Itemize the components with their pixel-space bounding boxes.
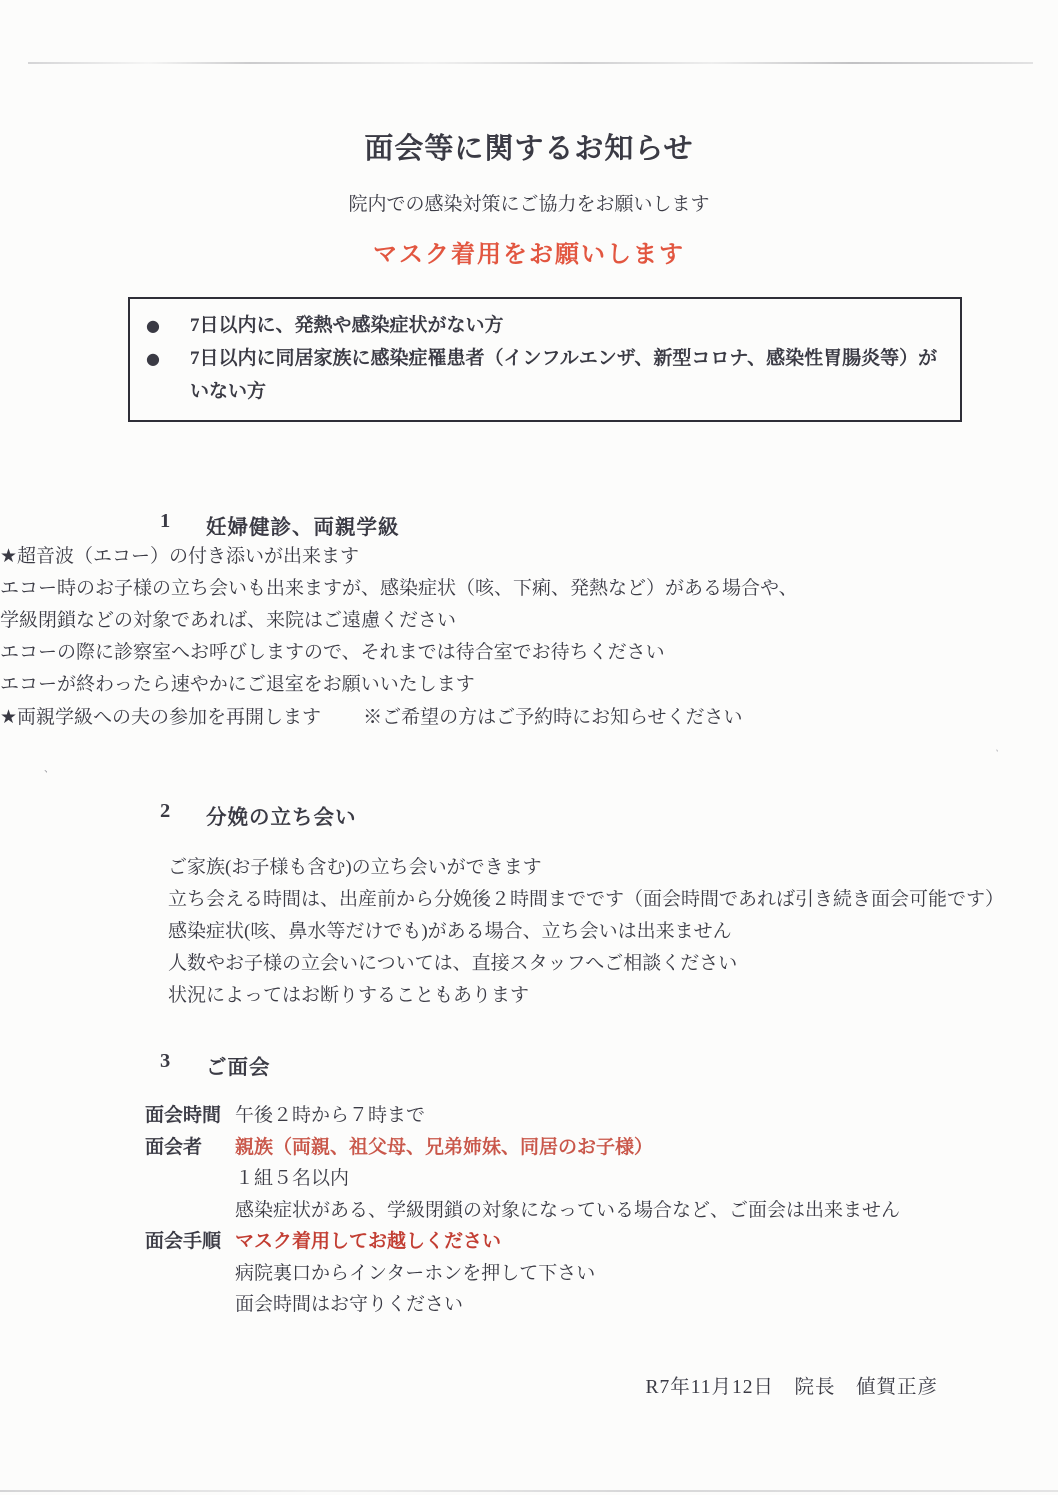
visit-row-text: 面会時間はお守りください xyxy=(235,1289,463,1321)
visit-row-label: 面会手順 xyxy=(145,1226,235,1258)
section2-body-line: ご家族(お子様も含む)の立ち会いができます xyxy=(168,852,1058,884)
visit-row: 面会時間 午後２時から７時まで xyxy=(145,1100,1058,1132)
scan-speck: ` xyxy=(990,748,1000,759)
document-page: 、 ` 面会等に関するお知らせ 院内での感染対策にご協力をお願いします マスク着… xyxy=(0,0,1058,1495)
section2-body-line: 立ち会える時間は、出産前から分娩後２時間までです（面会時間であれば引き続き面会可… xyxy=(168,884,1058,916)
section1-body-line: エコーの際に診察室へお呼びしますので、それまでは待合室でお待ちください xyxy=(0,637,1058,669)
condition-item: ● 7日以内に、発熱や感染症状がない方 xyxy=(140,309,952,342)
section1-body-line: 学級閉鎖などの対象であれば、来院はご遠慮ください xyxy=(0,605,1058,637)
visit-row-label: 面会時間 xyxy=(145,1100,235,1132)
visit-row-label: 面会者 xyxy=(145,1132,235,1164)
visit-row: 感染症状がある、学級閉鎖の対象になっている場合など、ご面会は出来ません xyxy=(145,1195,1058,1227)
mask-request-headline: マスク着用をお願いします xyxy=(0,234,1058,269)
section1-body-line: エコー時のお子様の立ち会いも出来ますが、感染症状（咳、下痢、発熱など）がある場合… xyxy=(0,573,1058,605)
section1-star2: ★両親学級への夫の参加を再開します※ご希望の方はご予約時にお知らせください xyxy=(0,701,1058,734)
section3-heading: 3 ご面会 xyxy=(160,1050,1058,1080)
section2-body-line: 状況によってはお断りすることもあります xyxy=(168,980,1058,1012)
visit-row-text: 感染症状がある、学級閉鎖の対象になっている場合など、ご面会は出来ません xyxy=(235,1195,900,1227)
visit-row-label xyxy=(145,1258,235,1290)
visit-row-text: 午後２時から７時まで xyxy=(235,1100,425,1132)
section1-star1-text: 超音波（エコー）の付き添いが出来ます xyxy=(17,546,359,567)
visit-row: 病院裏口からインターホンを押して下さい xyxy=(145,1258,1058,1290)
circle-bullet-icon: ● xyxy=(140,342,190,375)
page-title: 面会等に関するお知らせ xyxy=(0,126,1058,167)
section2-body-line: 感染症状(咳、鼻水等だけでも)がある場合、立ち会いは出来ません xyxy=(168,916,1058,948)
section1-title: 妊婦健診、両親学級 xyxy=(206,510,400,540)
section3-title: ご面会 xyxy=(206,1050,271,1080)
visit-row: 面会手順 マスク着用してお越しください xyxy=(145,1226,1058,1258)
section2-heading: 2 分娩の立ち会い xyxy=(160,800,1058,830)
visit-row: 面会者 親族（両親、祖父母、兄弟姉妹、同居のお子様） xyxy=(145,1132,1058,1164)
visit-row-text: １組５名以内 xyxy=(235,1163,349,1195)
star-icon: ★ xyxy=(0,545,17,567)
scan-artifact-line xyxy=(28,62,1033,64)
section1-heading: 1 妊婦健診、両親学級 xyxy=(160,510,1058,540)
visit-row-text: 親族（両親、祖父母、兄弟姉妹、同居のお子様） xyxy=(235,1132,653,1164)
visit-row-text: マスク着用してお越しください xyxy=(235,1226,501,1258)
section1-star2-text: 両親学級への夫の参加を再開します xyxy=(17,707,321,728)
visit-row-label xyxy=(145,1195,235,1227)
circle-bullet-icon: ● xyxy=(140,309,190,342)
condition-item: ● 7日以内に同居家族に感染症罹患者（インフルエンザ、新型コロナ、感染性胃腸炎等… xyxy=(140,342,952,408)
section2-number: 2 xyxy=(160,800,206,830)
condition-text: 7日以内に同居家族に感染症罹患者（インフルエンザ、新型コロナ、感染性胃腸炎等）が… xyxy=(190,342,952,408)
section2-title: 分娩の立ち会い xyxy=(206,800,357,830)
visit-row: 面会時間はお守りください xyxy=(145,1289,1058,1321)
visit-row-label xyxy=(145,1163,235,1195)
section2-body: ご家族(お子様も含む)の立ち会いができます 立ち会える時間は、出産前から分娩後２… xyxy=(168,852,1058,1012)
condition-text: 7日以内に、発熱や感染症状がない方 xyxy=(190,309,504,342)
scan-speck: 、 xyxy=(44,760,54,775)
section3-number: 3 xyxy=(160,1050,206,1080)
section1-number: 1 xyxy=(160,510,206,540)
section1-body-line: エコーが終わったら速やかにご退室をお願いいたします xyxy=(0,669,1058,701)
section3-body: 面会時間 午後２時から７時まで 面会者 親族（両親、祖父母、兄弟姉妹、同居のお子… xyxy=(145,1100,1058,1321)
scan-artifact-line xyxy=(0,1490,1058,1492)
subtitle: 院内での感染対策にご協力をお願いします xyxy=(0,189,1058,216)
section1-star1: ★超音波（エコー）の付き添いが出来ます xyxy=(0,540,1058,573)
visit-row-label xyxy=(145,1289,235,1321)
section1-star2-note: ※ご希望の方はご予約時にお知らせください xyxy=(363,707,742,728)
visit-row-text: 病院裏口からインターホンを押して下さい xyxy=(235,1258,595,1290)
star-icon: ★ xyxy=(0,706,17,728)
visit-row: １組５名以内 xyxy=(145,1163,1058,1195)
conditions-box: ● 7日以内に、発熱や感染症状がない方 ● 7日以内に同居家族に感染症罹患者（イ… xyxy=(128,297,962,422)
section2-body-line: 人数やお子様の立会いについては、直接スタッフへご相談ください xyxy=(168,948,1058,980)
date-signature: R7年11月12日 院長 値賀正彦 xyxy=(0,1371,938,1399)
